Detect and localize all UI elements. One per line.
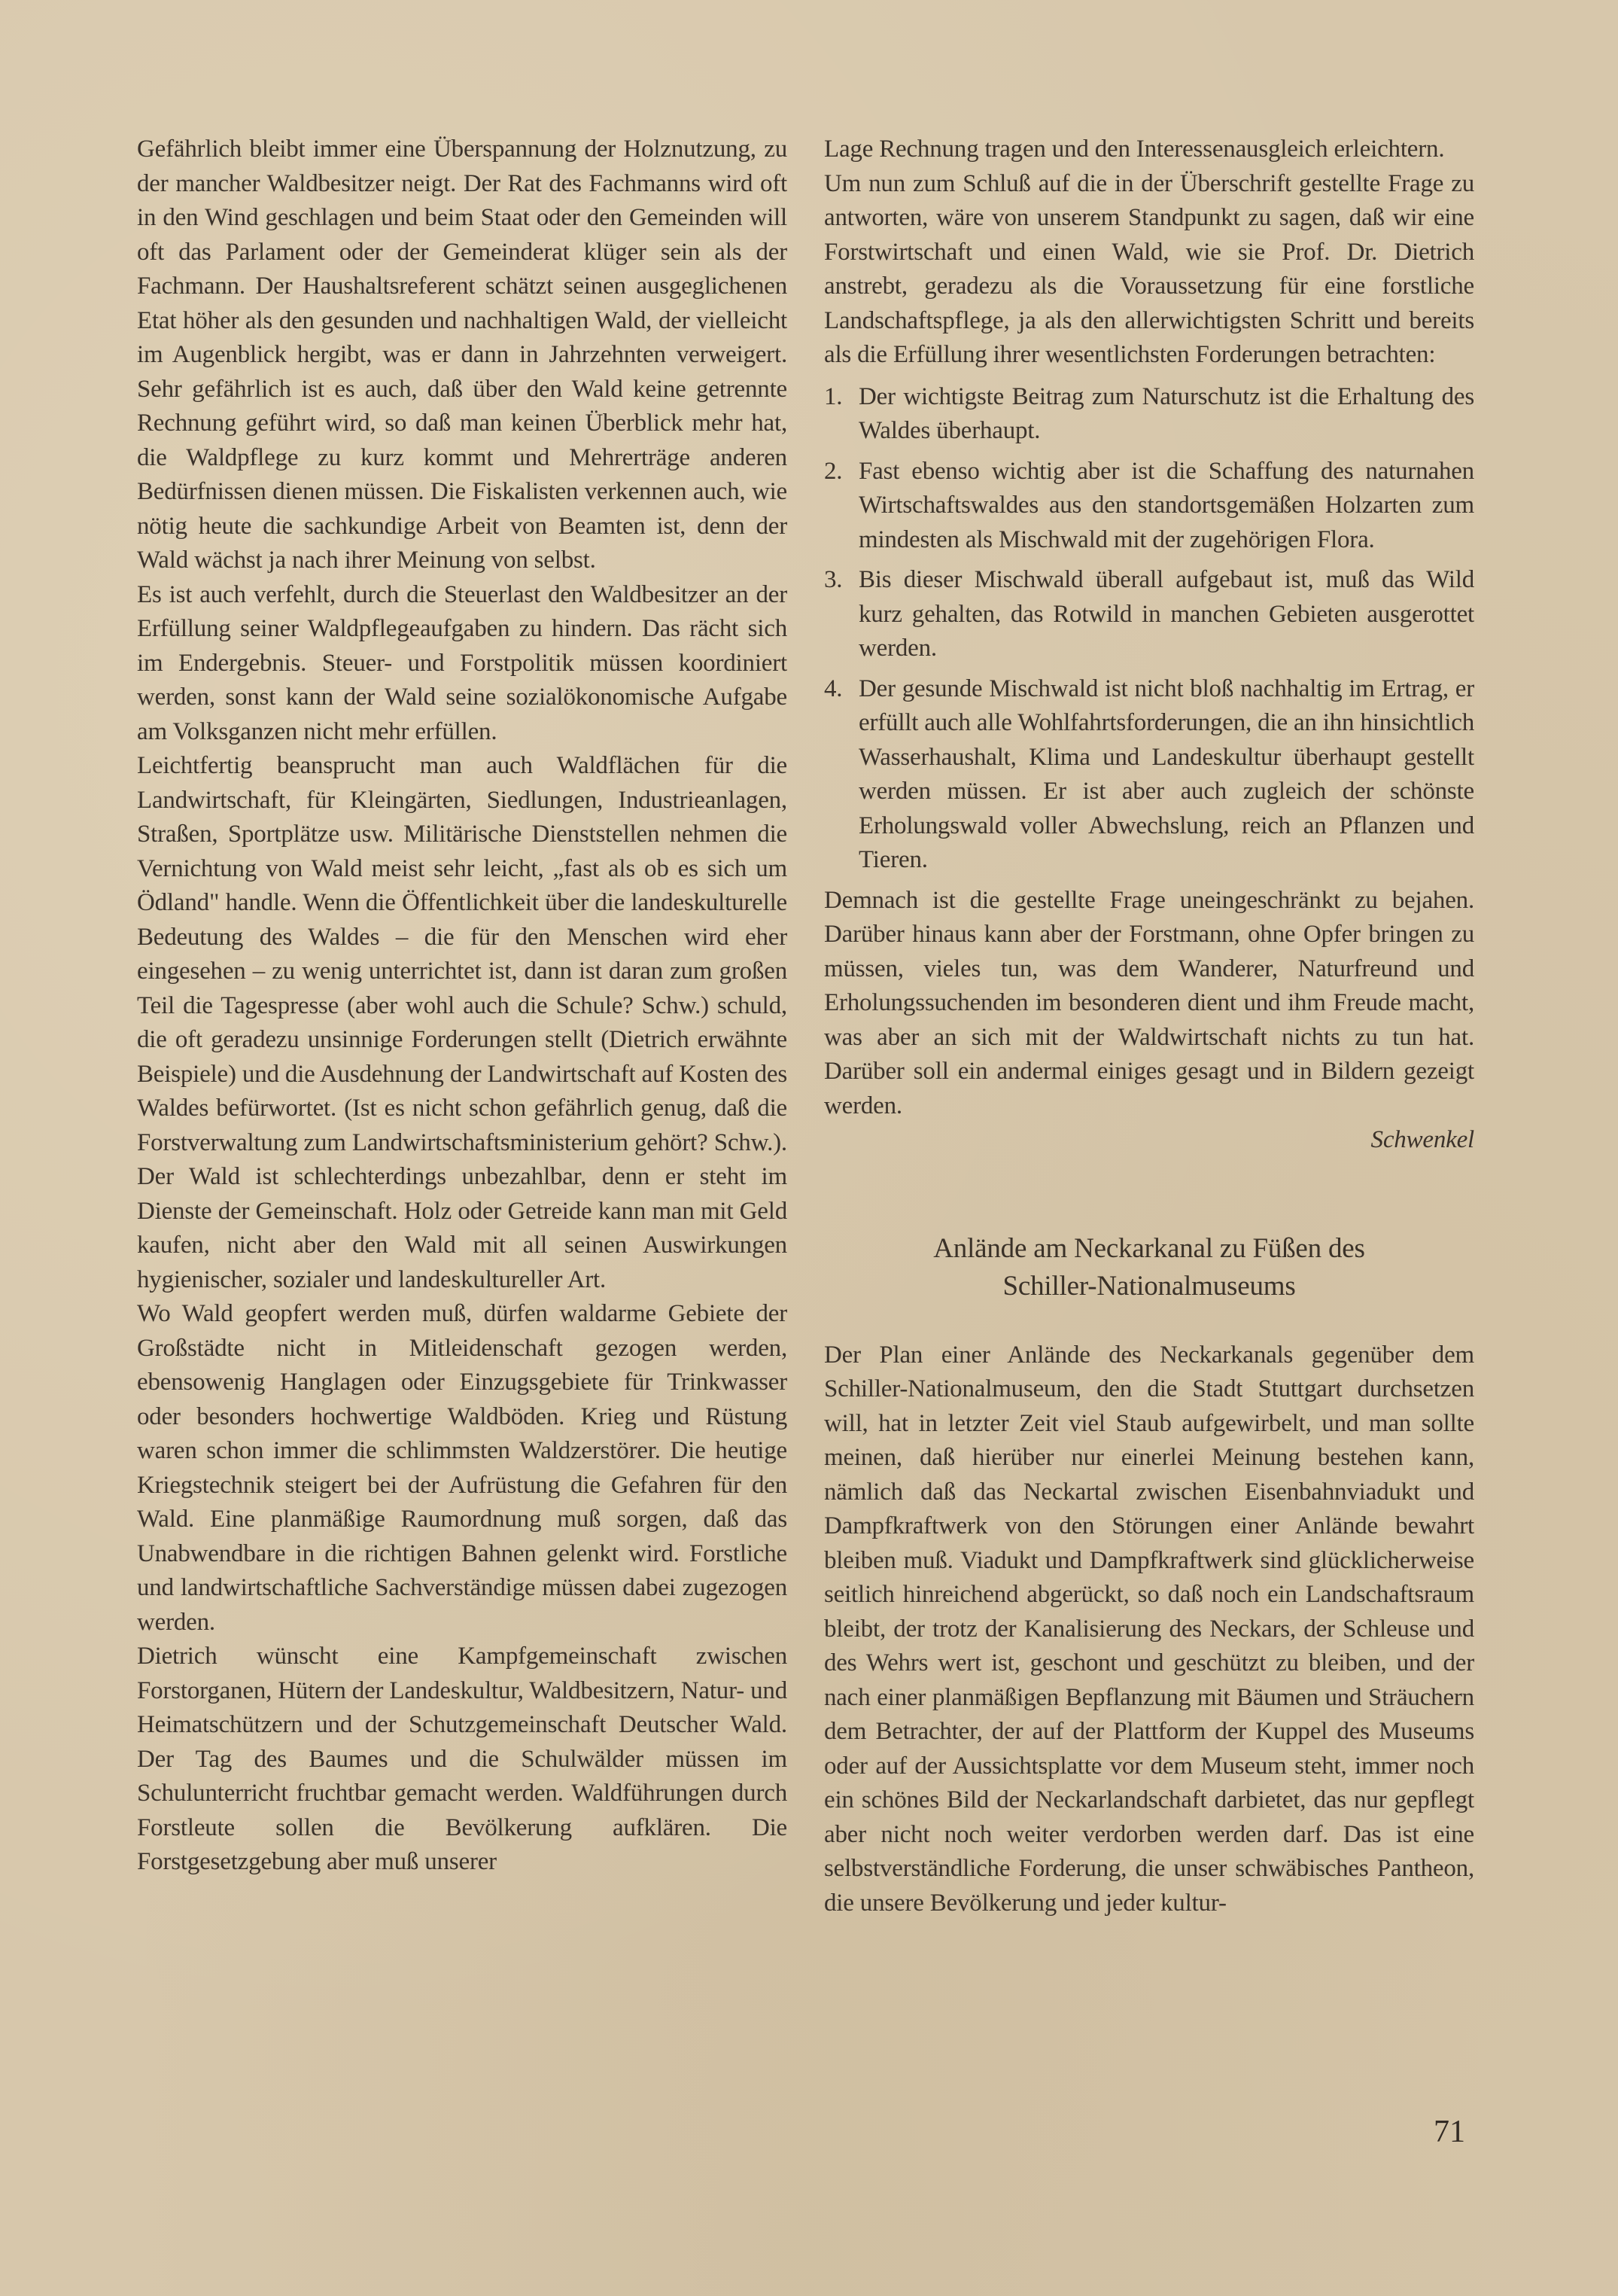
paragraph: Es ist auch verfehlt, durch die Steuerla…: [137, 578, 787, 750]
list-number: 1.: [824, 380, 842, 415]
list-item: 1. Der wichtigste Beitrag zum Naturschut…: [824, 380, 1474, 449]
list-number: 4.: [824, 672, 842, 707]
article-heading: Anlände am Neckarkanal zu Füßen des Schi…: [824, 1230, 1474, 1305]
list-item: 4. Der gesunde Mischwald ist nicht bloß …: [824, 672, 1474, 878]
list-text: Bis dieser Mischwald überall aufgebaut i…: [859, 566, 1474, 662]
list-number: 3.: [824, 563, 842, 598]
article-body: Der Plan einer Anlände des Neckarkanals …: [824, 1338, 1474, 1921]
paragraph: Lage Rechnung tragen und den Interessena…: [824, 132, 1474, 167]
list-text: Fast ebenso wichtig aber ist die Schaffu…: [859, 458, 1474, 553]
paragraph: Dietrich wünscht eine Kampfgemeinschaft …: [137, 1640, 787, 1880]
book-page: Gefährlich bleibt immer eine Überspannun…: [0, 0, 1618, 2296]
heading-line-1: Anlände am Neckarkanal zu Füßen des: [933, 1233, 1364, 1264]
list-text: Der gesunde Mischwald ist nicht bloß nac…: [859, 675, 1474, 874]
right-column: Lage Rechnung tragen und den Interessena…: [824, 132, 1474, 1920]
page-number: 71: [1434, 2114, 1465, 2150]
paragraph: Wo Wald geopfert werden muß, dürfen wald…: [137, 1297, 787, 1640]
list-number: 2.: [824, 455, 842, 489]
paragraph: Leichtfertig beansprucht man auch Waldfl…: [137, 749, 787, 1297]
numbered-list: 1. Der wichtigste Beitrag zum Naturschut…: [824, 380, 1474, 878]
conclusion-paragraph: Demnach ist die gestellte Frage uneinges…: [824, 884, 1474, 1124]
heading-line-2: Schiller-Nationalmuseums: [1002, 1271, 1295, 1302]
list-item: 2. Fast ebenso wichtig aber ist die Scha…: [824, 455, 1474, 558]
paragraph: Um nun zum Schluß auf die in der Übersch…: [824, 167, 1474, 373]
list-item: 3. Bis dieser Mischwald überall aufgebau…: [824, 563, 1474, 666]
list-text: Der wichtigste Beitrag zum Naturschutz i…: [859, 383, 1474, 445]
author-signature: Schwenkel: [824, 1123, 1474, 1158]
paragraph: Gefährlich bleibt immer eine Überspannun…: [137, 132, 787, 578]
left-column: Gefährlich bleibt immer eine Überspannun…: [137, 132, 787, 1880]
